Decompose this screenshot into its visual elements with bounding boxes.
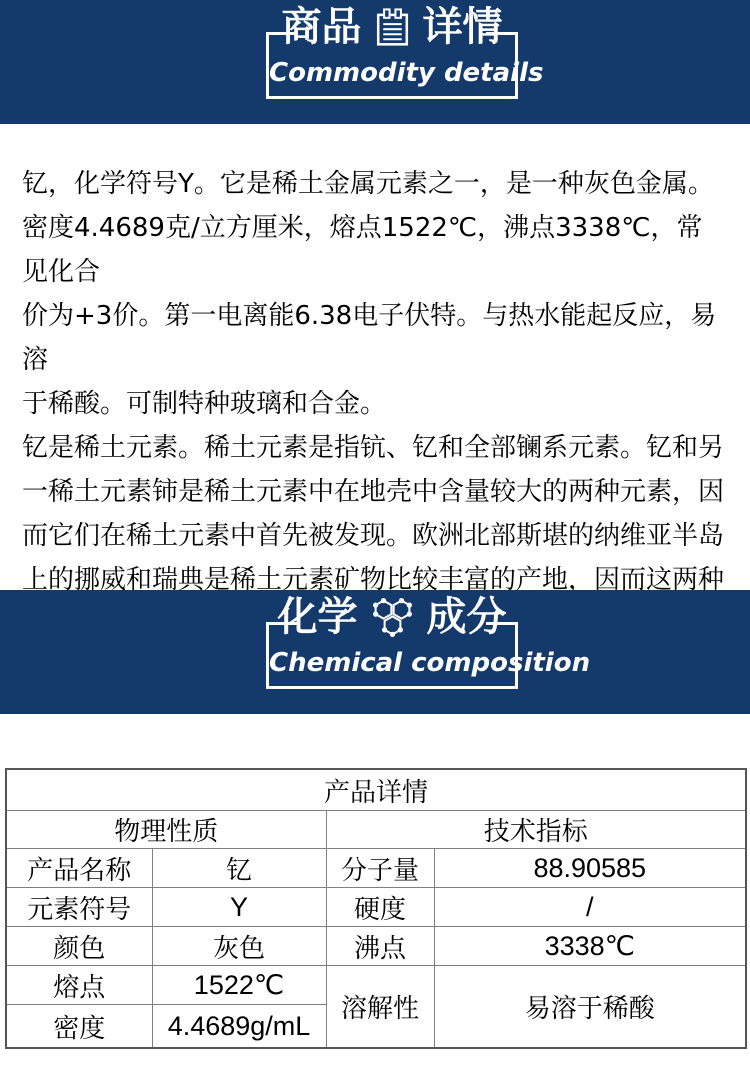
spec-value: 灰色 <box>152 927 326 966</box>
banner-title-right: 详情 <box>423 7 503 47</box>
banner-frame: 商品 详情 Commodity details <box>266 32 518 99</box>
spec-value: 易溶于稀酸 <box>434 966 746 1049</box>
spec-value: 3338℃ <box>434 927 746 966</box>
table-row: 元素符号 Y 硬度 / <box>6 888 746 927</box>
banner-title: 商品 详情 <box>209 4 575 50</box>
group-header-technical: 技术指标 <box>326 811 746 849</box>
spec-value: 88.90585 <box>434 849 746 888</box>
banner-title-left: 化学 <box>278 597 358 637</box>
table-row: 熔点 1522℃ 溶解性 易溶于稀酸 <box>6 966 746 1005</box>
spacer <box>0 714 750 768</box>
spec-table-section: 产品详情 物理性质 技术指标 产品名称 钇 分子量 88.90585 元素符号 … <box>5 768 745 1049</box>
spec-label: 元素符号 <box>6 888 152 927</box>
table-row: 产品详情 <box>6 769 746 811</box>
commodity-details-banner: 商品 详情 Commodity details <box>0 0 750 124</box>
banner-title: 化学 <box>209 594 575 640</box>
banner-title-right: 成分 <box>427 597 507 637</box>
spec-value: 1522℃ <box>152 966 326 1005</box>
spec-value: / <box>434 888 746 927</box>
intro-paragraph-1: 钇，化学符号Y。它是稀土金属元素之一，是一种灰色金属。 密度4.4689克/立方… <box>22 162 728 426</box>
table-row: 产品名称 钇 分子量 88.90585 <box>6 849 746 888</box>
molecule-icon <box>370 597 415 638</box>
spec-value: Y <box>152 888 326 927</box>
clipboard-icon <box>374 7 411 48</box>
spec-label: 熔点 <box>6 966 152 1005</box>
spec-label: 密度 <box>6 1005 152 1049</box>
spec-label: 硬度 <box>326 888 434 927</box>
spec-value: 钇 <box>152 849 326 888</box>
product-detail-page: 商品 详情 Commodity details 钇，化学符 <box>0 0 750 1081</box>
banner-subtitle: Commodity details <box>269 58 515 88</box>
spec-value: 4.4689g/mL <box>152 1005 326 1049</box>
chemical-composition-banner: 化学 <box>0 590 750 714</box>
spec-label: 产品名称 <box>6 849 152 888</box>
table-row: 颜色 灰色 沸点 3338℃ <box>6 927 746 966</box>
spec-label: 分子量 <box>326 849 434 888</box>
banner-frame: 化学 <box>266 622 518 689</box>
group-header-physical: 物理性质 <box>6 811 326 849</box>
table-title: 产品详情 <box>6 769 746 811</box>
product-spec-table: 产品详情 物理性质 技术指标 产品名称 钇 分子量 88.90585 元素符号 … <box>5 768 747 1049</box>
spec-label: 沸点 <box>326 927 434 966</box>
banner-title-left: 商品 <box>282 7 362 47</box>
spec-label: 颜色 <box>6 927 152 966</box>
intro-section: 钇，化学符号Y。它是稀土金属元素之一，是一种灰色金属。 密度4.4689克/立方… <box>0 124 750 590</box>
spec-label: 溶解性 <box>326 966 434 1049</box>
banner-subtitle: Chemical composition <box>269 648 515 678</box>
table-row: 物理性质 技术指标 <box>6 811 746 849</box>
